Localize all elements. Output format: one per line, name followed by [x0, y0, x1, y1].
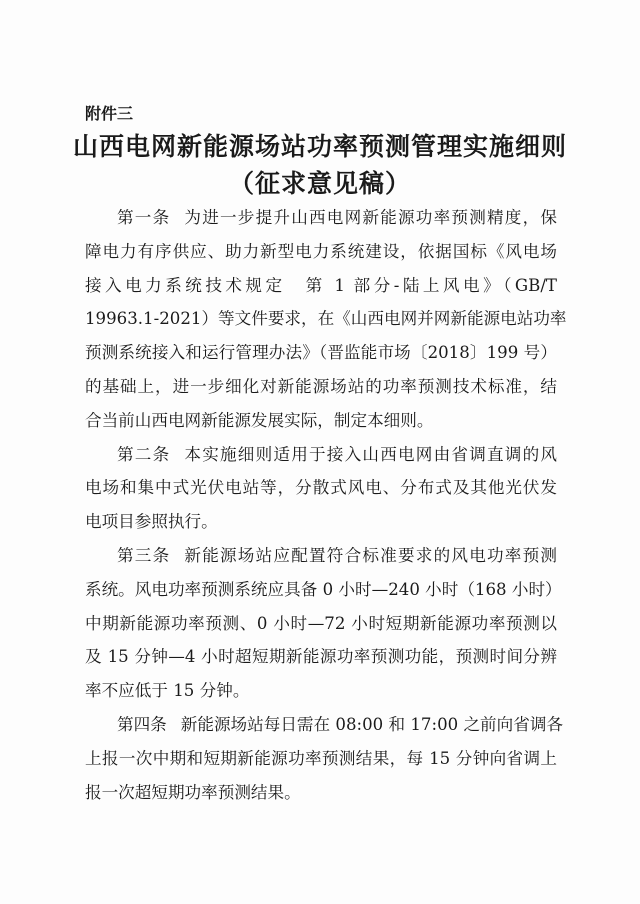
article-4-line-2: 上报一次中期和短期新能源功率预测结果，每 15 分钟向省调上	[85, 742, 557, 776]
attachment-label: 附件三	[85, 101, 133, 124]
article-2-line-2: 电场和集中式光伏电站等，分散式风电、分布式及其他光伏发	[85, 471, 557, 505]
article-1-line-3: 接入电力系统技术规定 第 1 部分-陆上风电》（GB/T	[85, 269, 557, 303]
article-2-line-3: 电项目参照执行。	[85, 505, 557, 539]
document-title: 山西电网新能源场站功率预测管理实施细则	[0, 132, 640, 162]
article-3-line-1: 第三条新能源场站应配置符合标准要求的风电功率预测	[85, 539, 557, 573]
article-1-line-2: 障电力有序供应、助力新型电力系统建设，依据国标《风电场	[85, 235, 557, 269]
article-1-line-7: 合当前山西电网新能源发展实际，制定本细则。	[85, 404, 557, 438]
article-1-line-6: 的基础上，进一步细化对新能源场站的功率预测技术标准，结	[85, 370, 557, 404]
article-2-label: 第二条	[117, 445, 170, 464]
article-3-line-3: 中期新能源功率预测、0 小时—72 小时短期新能源功率预测以	[85, 607, 557, 641]
article-4-label: 第四条	[117, 715, 167, 734]
article-2-line-1: 第二条本实施细则适用于接入山西电网由省调直调的风	[85, 438, 557, 472]
article-1-line-1: 第一条为进一步提升山西电网新能源功率预测精度，保	[85, 201, 557, 235]
article-3-line-4: 及 15 分钟—4 小时超短期新能源功率预测功能，预测时间分辨	[85, 640, 557, 674]
article-1-line-5: 预测系统接入和运行管理办法》（晋监能市场〔2018〕199 号）	[85, 336, 557, 370]
article-4-line-3: 报一次超短期功率预测结果。	[85, 776, 557, 810]
article-1-line-4: 19963.1-2021）等文件要求，在《山西电网并网新能源电站功率	[85, 302, 557, 336]
article-4-line-1: 第四条新能源场站每日需在 08:00 和 17:00 之前向省调各	[85, 708, 557, 742]
document-subtitle: （征求意见稿）	[0, 169, 640, 199]
document-page: 附件三 山西电网新能源场站功率预测管理实施细则 （征求意见稿） 第一条为进一步提…	[0, 0, 640, 904]
article-3-line-5: 率不应低于 15 分钟。	[85, 674, 557, 708]
article-1-label: 第一条	[117, 208, 170, 227]
document-body: 第一条为进一步提升山西电网新能源功率预测精度，保 障电力有序供应、助力新型电力系…	[85, 201, 557, 809]
article-3-line-2: 系统。风电功率预测系统应具备 0 小时—240 小时（168 小时）	[85, 573, 557, 607]
article-3-label: 第三条	[117, 546, 170, 565]
